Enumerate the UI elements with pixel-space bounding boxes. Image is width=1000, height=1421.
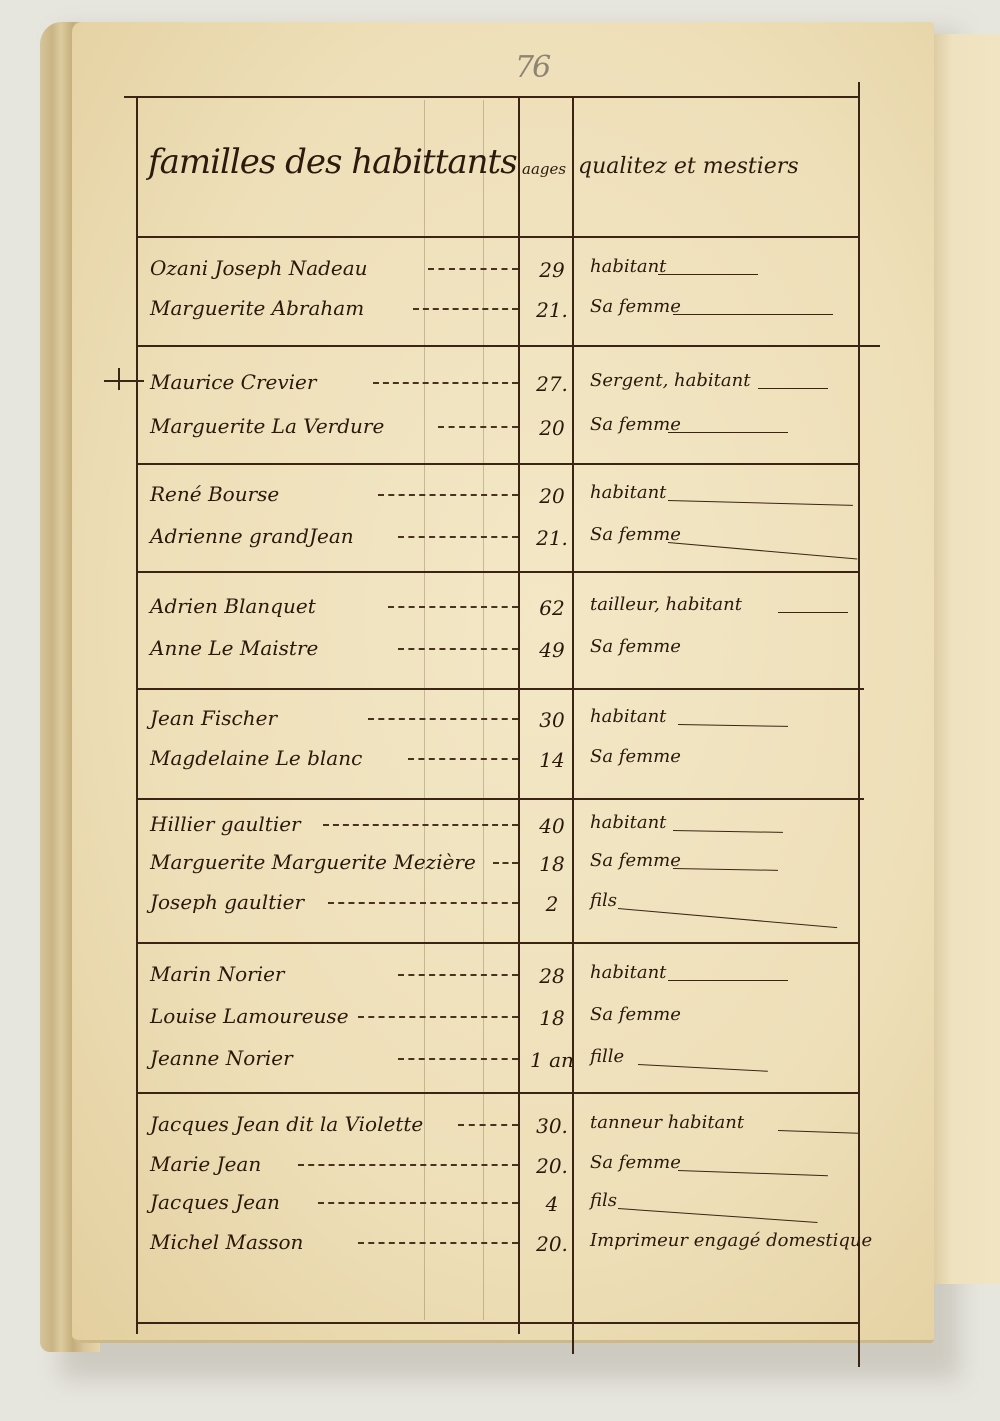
table-row: Jacques Jean dit la Violette 30. tanneur… — [138, 1108, 858, 1148]
leader-dashes — [323, 824, 518, 826]
person-name: Adrien Blanquet — [150, 594, 316, 618]
person-age: 2 — [526, 892, 578, 916]
person-name: Joseph gaultier — [150, 890, 304, 914]
person-quality: fils — [590, 1190, 617, 1211]
person-age: 4 — [526, 1192, 578, 1216]
person-quality: habitant — [590, 812, 666, 833]
leader-dashes — [398, 974, 518, 976]
person-name: Michel Masson — [150, 1230, 303, 1254]
leader-dashes — [408, 758, 518, 760]
family-divider — [138, 1092, 858, 1094]
person-name: Marguerite La Verdure — [150, 414, 384, 438]
flourish-line — [673, 868, 778, 871]
flourish-line — [668, 432, 788, 433]
person-name: Jean Fischer — [150, 706, 277, 730]
family-divider — [138, 463, 858, 465]
person-age: 21. — [526, 298, 578, 322]
flourish-line — [618, 1208, 818, 1223]
table-row: Marin Norier 28 habitant — [138, 958, 858, 998]
facing-page-edge — [932, 34, 1000, 1284]
person-age: 28 — [526, 964, 578, 988]
person-name: Adrienne grandJean — [150, 524, 354, 548]
person-age: 49 — [526, 638, 578, 662]
person-age: 29 — [526, 258, 578, 282]
person-age: 20. — [526, 1154, 578, 1178]
flourish-line — [658, 274, 758, 275]
folio-number: 76 — [515, 50, 549, 85]
person-quality: habitant — [590, 482, 666, 503]
person-name: Marin Norier — [150, 962, 285, 986]
leader-dashes — [373, 382, 518, 384]
leader-dashes — [428, 268, 518, 270]
person-age: 27. — [526, 372, 578, 396]
flourish-line — [618, 908, 837, 928]
person-name: Marguerite Marguerite Mezière — [150, 850, 476, 874]
person-name: René Bourse — [150, 482, 279, 506]
person-age: 20. — [526, 1232, 578, 1256]
flourish-line — [673, 830, 783, 833]
person-quality: Sa femme — [590, 636, 681, 657]
flourish-line — [678, 1170, 828, 1176]
header-bottom-rule — [138, 236, 858, 238]
person-age: 21. — [526, 526, 578, 550]
table-row: Adrienne grandJean 21. Sa femme — [138, 520, 858, 560]
person-quality: Sa femme — [590, 746, 681, 767]
flourish-line — [668, 500, 853, 506]
leader-dashes — [398, 1058, 518, 1060]
leader-dashes — [298, 1164, 518, 1166]
table-bottom-rule — [138, 1322, 858, 1324]
leader-dashes — [398, 648, 518, 650]
flourish-line — [673, 314, 833, 315]
person-quality: Sergent, habitant — [590, 370, 750, 391]
table-row: Magdelaine Le blanc 14 Sa femme — [138, 742, 858, 782]
flourish-line — [678, 724, 788, 727]
table-right-rule — [858, 82, 860, 1367]
leader-dashes — [378, 494, 518, 496]
table-row: Ozani Joseph Nadeau 29 habitant — [138, 252, 858, 292]
person-age: 30. — [526, 1114, 578, 1138]
person-quality: habitant — [590, 706, 666, 727]
person-age: 30 — [526, 708, 578, 732]
person-name: Marguerite Abraham — [150, 296, 364, 320]
person-name: Hillier gaultier — [150, 812, 301, 836]
family-divider — [138, 798, 864, 800]
family-divider — [138, 688, 864, 690]
flourish-line — [778, 1130, 858, 1134]
leader-dashes — [438, 426, 518, 428]
header-families: familles des habittants — [148, 142, 517, 182]
family-divider — [138, 571, 858, 573]
table-row: Marguerite Abraham 21. Sa femme — [138, 292, 858, 332]
table-row: Louise Lamoureuse 18 Sa femme — [138, 1000, 858, 1040]
leader-dashes — [493, 862, 518, 864]
leader-dashes — [368, 718, 518, 720]
table-row: Maurice Crevier 27. Sergent, habitant — [138, 366, 858, 406]
family-divider — [138, 942, 858, 944]
person-name: Louise Lamoureuse — [150, 1004, 349, 1028]
leader-dashes — [328, 902, 518, 904]
leader-dashes — [458, 1124, 518, 1126]
person-quality: habitant — [590, 256, 666, 277]
person-quality: Imprimeur engagé domestique — [590, 1230, 872, 1251]
person-quality: fils — [590, 890, 617, 911]
person-quality: tanneur habitant — [590, 1112, 744, 1133]
table-row: Adrien Blanquet 62 tailleur, habitant — [138, 590, 858, 630]
person-name: Jacques Jean dit la Violette — [150, 1112, 423, 1136]
person-name: Marie Jean — [150, 1152, 261, 1176]
header-ages: aages — [522, 160, 566, 178]
person-quality: Sa femme — [590, 1004, 681, 1025]
flourish-line — [668, 980, 788, 981]
person-name: Jeanne Norier — [150, 1046, 293, 1070]
person-name: Ozani Joseph Nadeau — [150, 256, 368, 280]
person-quality: fille — [590, 1046, 624, 1067]
header-quality: qualitez et mestiers — [578, 154, 799, 179]
person-age: 14 — [526, 748, 578, 772]
person-age: 40 — [526, 814, 578, 838]
person-name: Magdelaine Le blanc — [150, 746, 362, 770]
table-row: Joseph gaultier 2 fils — [138, 886, 858, 926]
table-row: Jeanne Norier 1 an fille — [138, 1042, 858, 1082]
family-divider — [138, 345, 880, 347]
leader-dashes — [388, 606, 518, 608]
table-row: Marie Jean 20. Sa femme — [138, 1148, 858, 1188]
person-age: 1 an — [526, 1048, 578, 1072]
person-name: Anne Le Maistre — [150, 636, 318, 660]
flourish-line — [758, 388, 828, 389]
person-quality: Sa femme — [590, 296, 681, 317]
table-top-rule — [124, 96, 860, 98]
person-age: 20 — [526, 484, 578, 508]
person-quality: Sa femme — [590, 1152, 681, 1173]
person-quality: habitant — [590, 962, 666, 983]
leader-dashes — [398, 536, 518, 538]
leader-dashes — [413, 308, 518, 310]
flourish-line — [638, 1064, 768, 1072]
leader-dashes — [318, 1202, 518, 1204]
person-age: 18 — [526, 852, 578, 876]
person-quality: tailleur, habitant — [590, 594, 742, 615]
person-age: 18 — [526, 1006, 578, 1030]
table-row: Jacques Jean 4 fils — [138, 1186, 858, 1226]
leader-dashes — [358, 1016, 518, 1018]
person-name: Maurice Crevier — [150, 370, 316, 394]
table-row: Hillier gaultier 40 habitant — [138, 808, 858, 848]
table-row: Michel Masson 20. Imprimeur engagé domes… — [138, 1226, 858, 1266]
table-row: Jean Fischer 30 habitant — [138, 702, 858, 742]
table-row: Anne Le Maistre 49 Sa femme — [138, 632, 858, 672]
person-age: 62 — [526, 596, 578, 620]
flourish-line — [668, 542, 857, 560]
person-quality: Sa femme — [590, 850, 681, 871]
table-row: Marguerite La Verdure 20 Sa femme — [138, 410, 858, 450]
leader-dashes — [358, 1242, 518, 1244]
flourish-line — [778, 612, 848, 613]
table-row: Marguerite Marguerite Mezière 18 Sa femm… — [138, 846, 858, 886]
table-row: René Bourse 20 habitant — [138, 478, 858, 518]
person-name: Jacques Jean — [150, 1190, 280, 1214]
person-age: 20 — [526, 416, 578, 440]
